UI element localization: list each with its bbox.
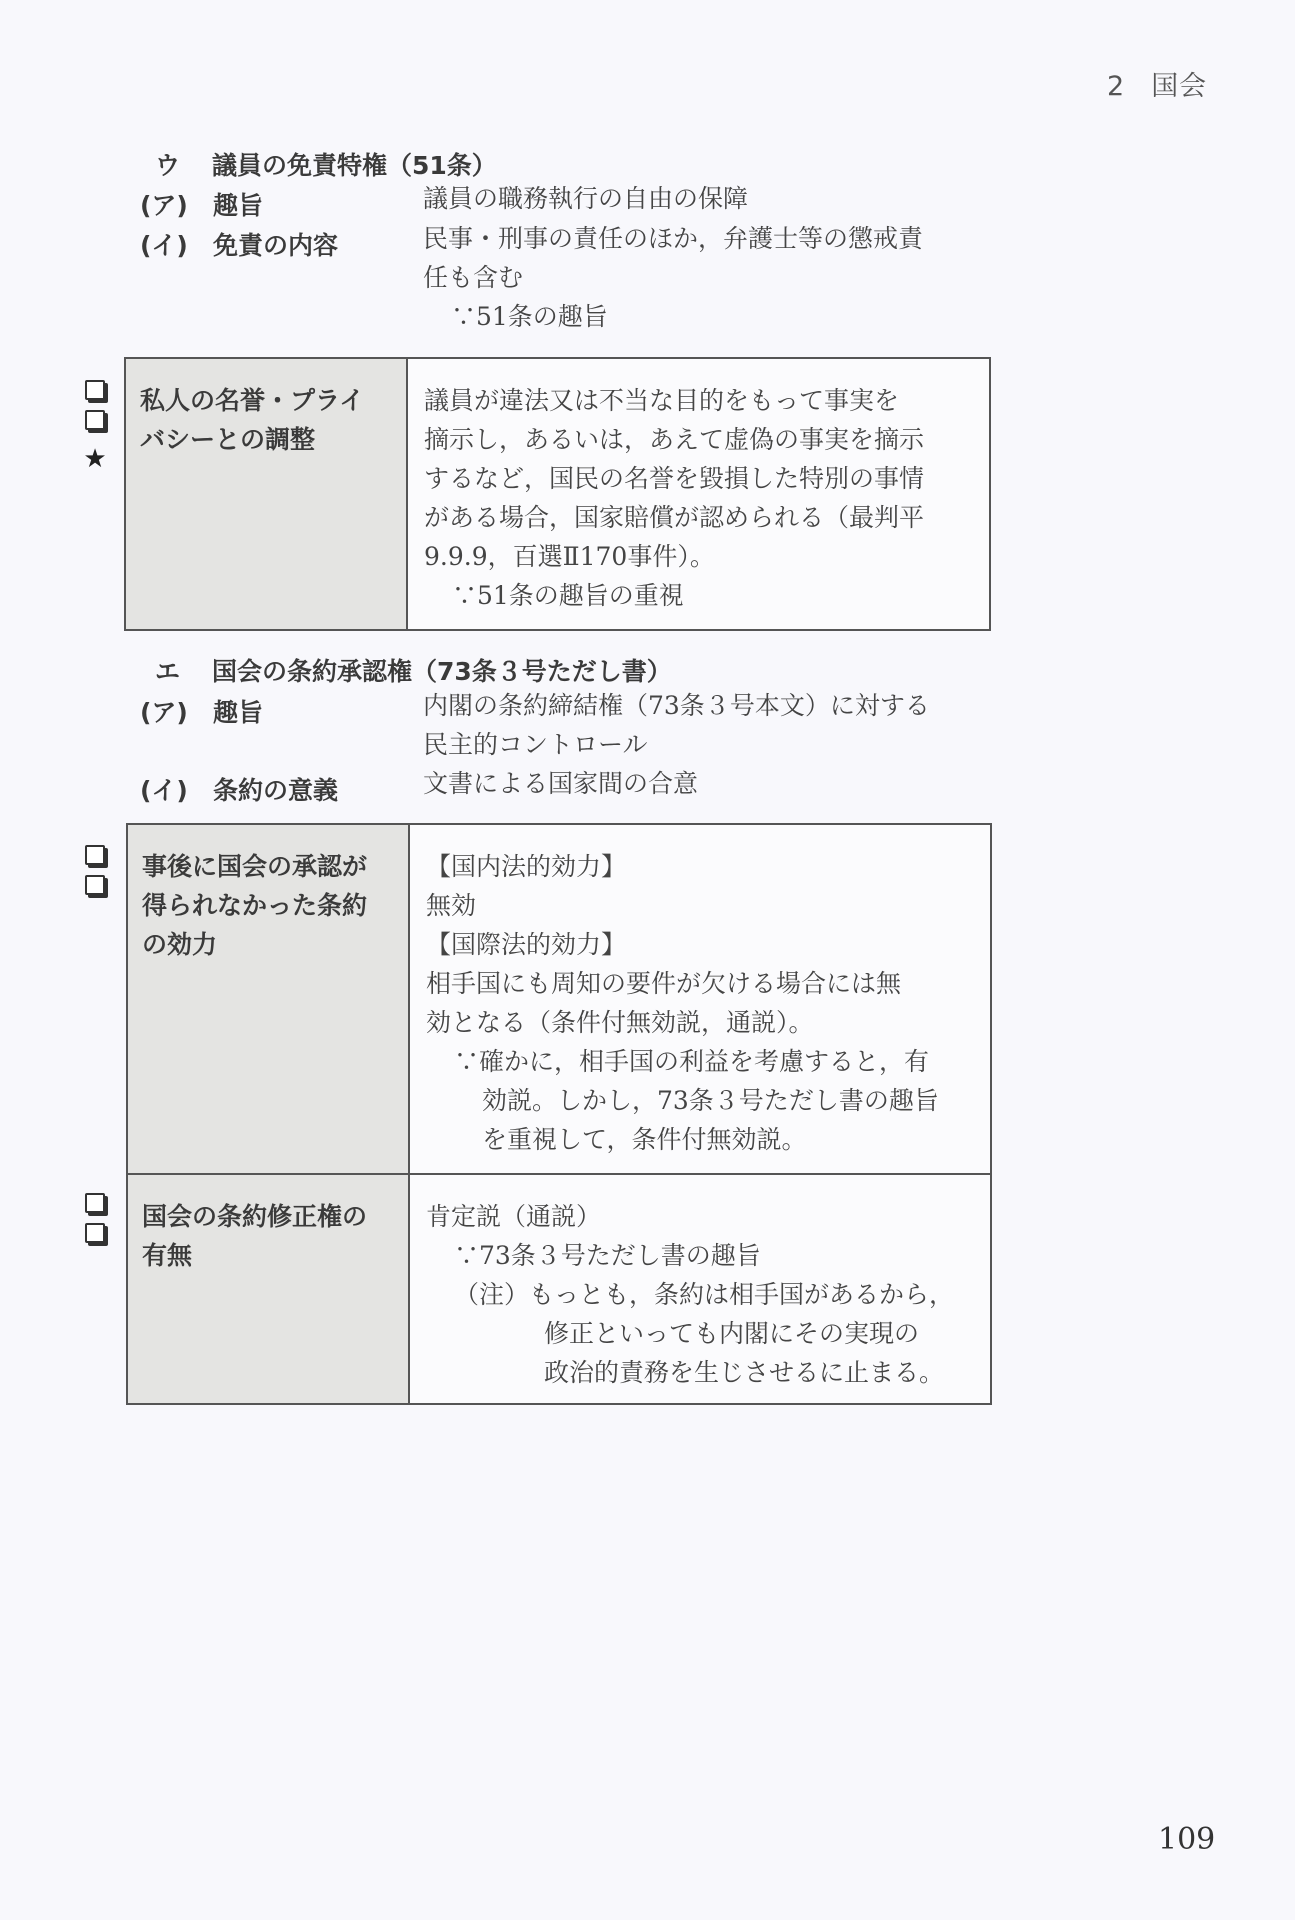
row-label: 免責の内容: [213, 226, 338, 262]
review-markers: ★: [80, 380, 110, 474]
body-line: を重視して，条件付無効説。: [426, 1120, 980, 1159]
body-line: 修正といっても内閣にその実現の: [426, 1314, 980, 1353]
section-heading-u: ウ議員の免責特権（51条）: [155, 146, 497, 182]
value-line: 議員の職務執行の自由の保障: [423, 179, 983, 218]
table-privacy-adjustment: 私人の名誉・プライ バシーとの調整 議員が違法又は不当な目的をもって事実を 摘示…: [124, 357, 991, 631]
row-key: (ア): [140, 186, 188, 222]
body-line: 【国内法的効力】: [426, 847, 980, 886]
section-mark: エ: [155, 652, 212, 688]
header-line: 事後に国会の承認が: [142, 847, 408, 886]
value-line: 民主的コントロール: [423, 725, 983, 764]
table-row: 国会の条約修正権の 有無 肯定説（通説） ∵73条３号ただし書の趣旨 （注）もっ…: [128, 1173, 990, 1403]
row-key: (イ): [140, 226, 188, 262]
body-line: 政治的責務を生じさせるに止まる。: [426, 1353, 980, 1392]
header-line: 得られなかった条約: [142, 886, 408, 925]
row-label: 趣旨: [213, 186, 263, 222]
body-line: 相手国にも周知の要件が欠ける場合には無: [426, 964, 980, 1003]
body-line: するなど，国民の名誉を毀損した特別の事情: [424, 459, 979, 498]
row-label: 趣旨: [213, 693, 263, 729]
body-line: ∵51条の趣旨の重視: [424, 576, 979, 615]
review-markers: [80, 1193, 110, 1253]
body-line: （注）もっとも，条約は相手国があるから，: [426, 1275, 980, 1314]
header-line: 私人の名誉・プライ: [140, 381, 406, 420]
page-number: 109: [1158, 1822, 1215, 1857]
row-value: 内閣の条約締結権（73条３号本文）に対する 民主的コントロール: [423, 686, 983, 764]
body-line: ∵73条３号ただし書の趣旨: [426, 1236, 980, 1275]
checkbox-icon[interactable]: [85, 410, 105, 430]
table-row: 事後に国会の承認が 得られなかった条約 の効力 【国内法的効力】 無効 【国際法…: [128, 825, 990, 1173]
row-key: (ア): [140, 693, 188, 729]
table-row-header: 国会の条約修正権の 有無: [128, 1175, 410, 1403]
value-line: 民事・刑事の責任のほか，弁護士等の懲戒責: [423, 219, 983, 258]
body-line: 9.9.9，百選Ⅱ170事件）。: [424, 537, 979, 576]
chapter-number: 2: [1107, 71, 1125, 102]
row-value: 文書による国家間の合意: [423, 764, 983, 803]
value-line: 文書による国家間の合意: [423, 764, 983, 803]
star-icon: ★: [83, 444, 106, 474]
header-line: バシーとの調整: [140, 420, 406, 459]
header-line: 有無: [142, 1236, 408, 1275]
running-head: 2国会: [1107, 64, 1207, 103]
section-title: 議員の免責特権（51条）: [212, 151, 497, 180]
table-row-body: 【国内法的効力】 無効 【国際法的効力】 相手国にも周知の要件が欠ける場合には無…: [410, 825, 990, 1173]
body-line: 肯定説（通説）: [426, 1197, 980, 1236]
row-label: 条約の意義: [213, 771, 338, 807]
table-row-header: 事後に国会の承認が 得られなかった条約 の効力: [128, 825, 410, 1173]
value-line: ∵51条の趣旨: [423, 297, 983, 336]
table-treaty-approval: 事後に国会の承認が 得られなかった条約 の効力 【国内法的効力】 無効 【国際法…: [126, 823, 992, 1405]
body-line: 摘示し，あるいは，あえて虚偽の事実を摘示: [424, 420, 979, 459]
body-line: 効説。しかし，73条３号ただし書の趣旨: [426, 1081, 980, 1120]
body-line: ∵確かに，相手国の利益を考慮すると，有: [426, 1042, 980, 1081]
section-heading-e: エ国会の条約承認権（73条３号ただし書）: [155, 652, 672, 688]
table-row: 私人の名誉・プライ バシーとの調整 議員が違法又は不当な目的をもって事実を 摘示…: [126, 359, 989, 629]
table-row-body: 肯定説（通説） ∵73条３号ただし書の趣旨 （注）もっとも，条約は相手国があるか…: [410, 1175, 990, 1403]
checkbox-icon[interactable]: [85, 1223, 105, 1243]
section-title: 国会の条約承認権（73条３号ただし書）: [212, 657, 672, 686]
row-value: 民事・刑事の責任のほか，弁護士等の懲戒責 任も含む ∵51条の趣旨: [423, 219, 983, 336]
row-key: (イ): [140, 771, 188, 807]
body-line: 議員が違法又は不当な目的をもって事実を: [424, 381, 979, 420]
table-row-body: 議員が違法又は不当な目的をもって事実を 摘示し，あるいは，あえて虚偽の事実を摘示…: [408, 359, 989, 629]
body-line: 無効: [426, 886, 980, 925]
header-line: 国会の条約修正権の: [142, 1197, 408, 1236]
checkbox-icon[interactable]: [85, 1193, 105, 1213]
row-value: 議員の職務執行の自由の保障: [423, 179, 983, 218]
body-line: 【国際法的効力】: [426, 925, 980, 964]
checkbox-icon[interactable]: [85, 875, 105, 895]
chapter-title: 国会: [1151, 71, 1207, 102]
review-markers: [80, 845, 110, 905]
section-mark: ウ: [155, 146, 212, 182]
body-line: がある場合，国家賠償が認められる（最判平: [424, 498, 979, 537]
checkbox-icon[interactable]: [85, 845, 105, 865]
header-line: の効力: [142, 925, 408, 964]
value-line: 任も含む: [423, 258, 983, 297]
value-line: 内閣の条約締結権（73条３号本文）に対する: [423, 686, 983, 725]
table-row-header: 私人の名誉・プライ バシーとの調整: [126, 359, 408, 629]
body-line: 効となる（条件付無効説，通説）。: [426, 1003, 980, 1042]
checkbox-icon[interactable]: [85, 380, 105, 400]
